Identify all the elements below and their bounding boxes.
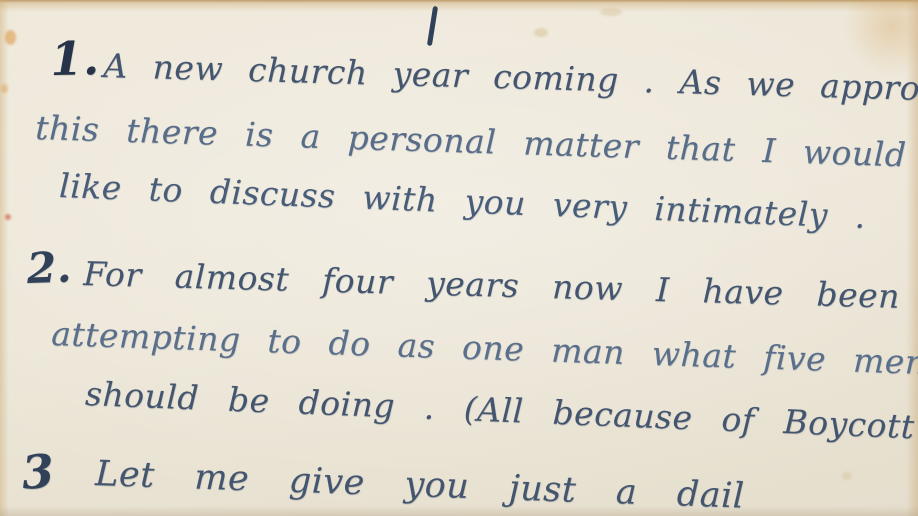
foxing-spot [600,8,622,16]
handwritten-line-1: A new church year coming . As we approac… [103,46,918,109]
foxing-spot [5,214,11,220]
handwritten-line-3: like to discuss with you very intimately… [59,166,867,236]
aged-paper-bottom-edge [0,506,918,516]
list-number-3: 3 [20,444,56,500]
handwritten-line-5: attempting to do as one man what five me… [51,314,918,382]
handwritten-line-7: Let me give you just a dail [95,454,746,516]
handwritten-note-page: 1. A new church year coming . As we appr… [0,0,918,516]
aged-paper-top-edge [0,0,918,12]
list-number-1: 1. [50,31,100,86]
aged-paper-left-edge [0,0,9,516]
corner-stain [842,0,918,76]
foxing-spot [1,84,8,93]
foxing-spot [5,30,16,45]
foxing-spot [534,28,548,37]
handwritten-line-2: this there is a personal matter that I w… [35,108,907,174]
handwritten-line-4: For almost four years now I have been [83,254,901,316]
foxing-spot [842,472,852,480]
list-number-2: 2. [26,242,73,293]
stray-ink-tick-mark [427,6,438,46]
handwritten-line-6: should be doing . (All because of Boycot… [84,374,915,446]
